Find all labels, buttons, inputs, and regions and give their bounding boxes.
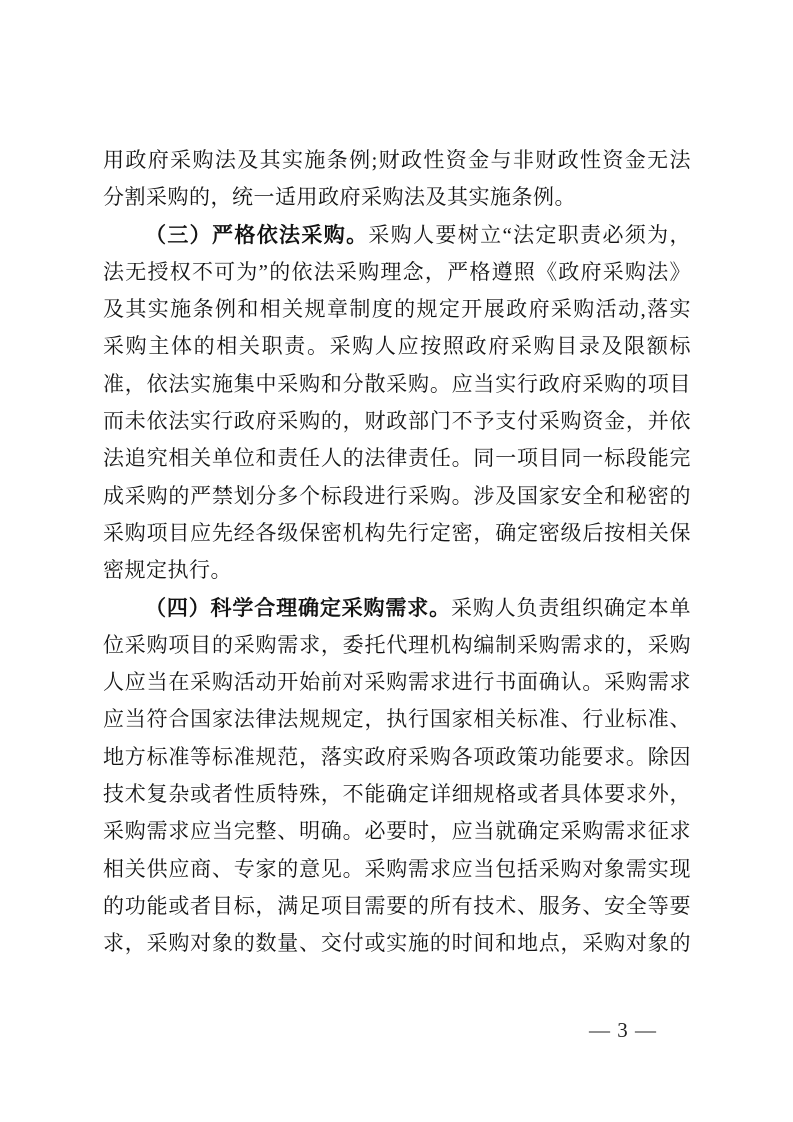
text-line: 相关供应商、专家的意见。采购需求应当包括采购对象需实现 <box>103 851 691 888</box>
line-text: 技术复杂或者性质特殊，不能确定详细规格或者具体要求外， <box>103 782 691 806</box>
text-line: （四）科学合理确定采购需求。采购人负责组织确定本单 <box>103 590 691 627</box>
text-line: 人应当在采购活动开始前对采购需求进行书面确认。采购需求 <box>103 664 691 701</box>
line-text: 成采购的严禁划分多个标段进行采购。涉及国家安全和秘密的 <box>103 484 691 508</box>
line-text: 采购人负责组织确定本单 <box>451 596 691 620</box>
text-line: 分割采购的，统一适用政府采购法及其实施条例。 <box>103 179 691 216</box>
text-line: 位采购项目的采购需求，委托代理机构编制采购需求的，采购 <box>103 627 691 664</box>
line-text: 法无授权不可为”的依法采购理念，严格遵照《政府采购法》 <box>103 260 691 284</box>
text-line: 采购需求应当完整、明确。必要时，应当就确定采购需求征求 <box>103 813 691 850</box>
text-line: 的功能或者目标，满足项目需要的所有技术、服务、安全等要 <box>103 888 691 925</box>
line-text: 位采购项目的采购需求，委托代理机构编制采购需求的，采购 <box>103 633 691 657</box>
text-block: 用政府采购法及其实施条例;财政性资金与非财政性资金无法分割采购的，统一适用政府采… <box>103 142 691 963</box>
line-text: 相关供应商、专家的意见。采购需求应当包括采购对象需实现 <box>103 857 691 881</box>
line-text: 而未依法实行政府采购的，财政部门不予支付采购资金，并依 <box>103 409 691 433</box>
text-line: 而未依法实行政府采购的，财政部门不予支付采购资金，并依 <box>103 403 691 440</box>
text-line: 采购主体的相关职责。采购人应按照政府采购目录及限额标 <box>103 328 691 365</box>
page-number: — 3 — <box>588 1018 658 1043</box>
line-text: 法追究相关单位和责任人的法律责任。同一项目同一标段能完 <box>103 446 691 470</box>
line-text: 采购项目应先经各级保密机构先行定密，确定密级后按相关保 <box>103 521 691 545</box>
line-text: 采购主体的相关职责。采购人应按照政府采购目录及限额标 <box>103 334 691 358</box>
paragraph-heading: （三）严格依法采购。 <box>145 224 368 247</box>
line-text: 地方标准等标准规范，落实政府采购各项政策功能要求。除因 <box>103 745 691 769</box>
line-text: 求，采购对象的数量、交付或实施的时间和地点，采购对象的 <box>103 931 691 955</box>
text-line: 采购项目应先经各级保密机构先行定密，确定密级后按相关保 <box>103 515 691 552</box>
text-line: 用政府采购法及其实施条例;财政性资金与非财政性资金无法 <box>103 142 691 179</box>
text-line: 地方标准等标准规范，落实政府采购各项政策功能要求。除因 <box>103 739 691 776</box>
line-text: 分割采购的，统一适用政府采购法及其实施条例。 <box>103 185 576 209</box>
text-line: 准，依法实施集中采购和分散采购。应当实行政府采购的项目 <box>103 366 691 403</box>
line-text: 的功能或者目标，满足项目需要的所有技术、服务、安全等要 <box>103 894 691 918</box>
text-line: 及其实施条例和相关规章制度的规定开展政府采购活动,落实 <box>103 291 691 328</box>
text-line: 法无授权不可为”的依法采购理念，严格遵照《政府采购法》 <box>103 254 691 291</box>
text-line: （三）严格依法采购。采购人要树立“法定职责必须为， <box>103 217 691 254</box>
paragraph-heading: （四）科学合理确定采购需求。 <box>145 597 451 620</box>
text-line: 技术复杂或者性质特殊，不能确定详细规格或者具体要求外， <box>103 776 691 813</box>
line-text: 密规定执行。 <box>103 558 232 582</box>
line-text: 应当符合国家法律法规规定，执行国家相关标准、行业标准、 <box>103 707 691 731</box>
text-line: 法追究相关单位和责任人的法律责任。同一项目同一标段能完 <box>103 440 691 477</box>
text-line: 成采购的严禁划分多个标段进行采购。涉及国家安全和秘密的 <box>103 478 691 515</box>
line-text: 用政府采购法及其实施条例;财政性资金与非财政性资金无法 <box>103 148 691 172</box>
document-page: 用政府采购法及其实施条例;财政性资金与非财政性资金无法分割采购的，统一适用政府采… <box>0 0 793 1122</box>
line-text: 准，依法实施集中采购和分散采购。应当实行政府采购的项目 <box>103 372 691 396</box>
text-line: 应当符合国家法律法规规定，执行国家相关标准、行业标准、 <box>103 701 691 738</box>
line-text: 及其实施条例和相关规章制度的规定开展政府采购活动,落实 <box>103 297 691 321</box>
text-line: 求，采购对象的数量、交付或实施的时间和地点，采购对象的 <box>103 925 691 962</box>
text-line: 密规定执行。 <box>103 552 691 589</box>
line-text: 采购人要树立“法定职责必须为， <box>368 223 691 247</box>
line-text: 人应当在采购活动开始前对采购需求进行书面确认。采购需求 <box>103 670 691 694</box>
line-text: 采购需求应当完整、明确。必要时，应当就确定采购需求征求 <box>103 819 691 843</box>
